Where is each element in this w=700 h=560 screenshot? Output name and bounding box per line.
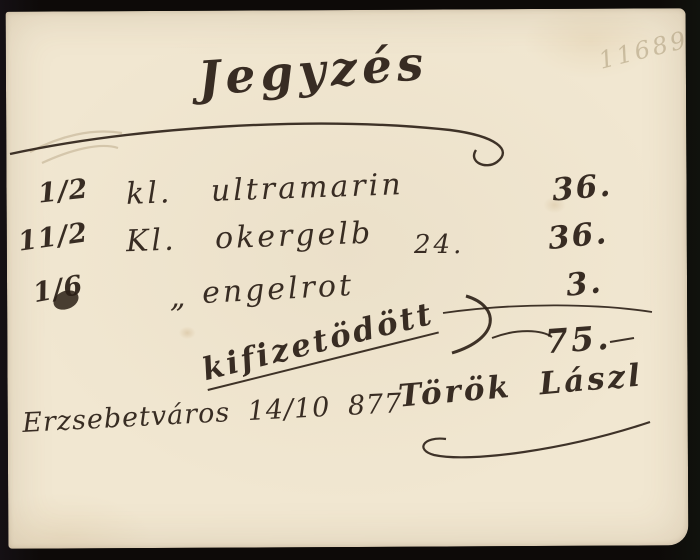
ditto-mark: „	[170, 280, 186, 315]
item-amount: 3.	[564, 264, 604, 304]
document-photo: Jegyzés 11689 1/2 kl. ultramarin 36. 11/…	[0, 0, 700, 560]
item-middle-number: 24.	[414, 230, 464, 260]
item-amount: 36.	[551, 167, 614, 208]
item-amount: 36.	[546, 215, 609, 257]
total-amount: 75.	[544, 318, 613, 362]
item-quantity: 1/2	[37, 173, 90, 209]
